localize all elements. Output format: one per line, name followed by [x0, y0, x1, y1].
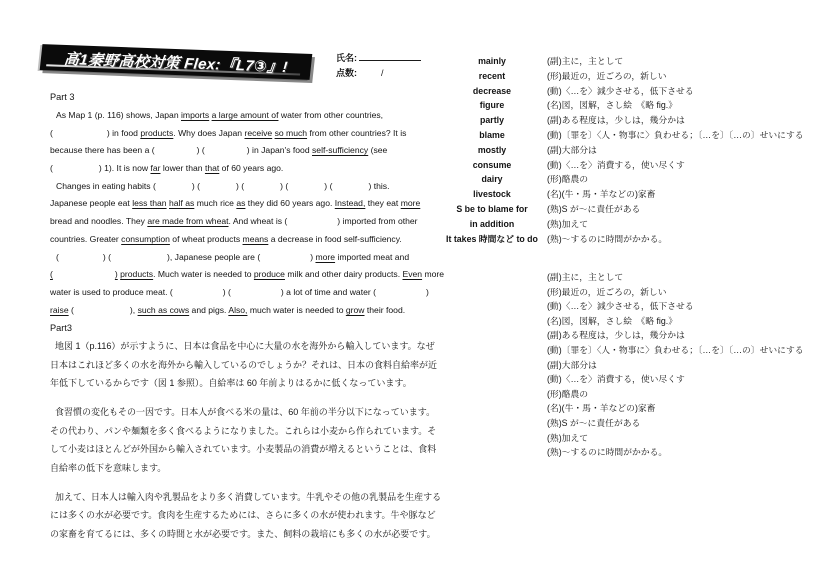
- passage-line: () products. Much water is needed to pro…: [50, 269, 442, 287]
- definition-line: (副)ある程度は，少しは，幾分かは: [547, 328, 804, 343]
- fill-blank: (): [284, 216, 340, 226]
- vocab-definition: (副)ある程度は，少しは，幾分かは: [547, 113, 685, 126]
- student-id-fields: 氏名: 点数:/: [336, 51, 421, 81]
- vocab-row: consume(動)〈…を〉消費する，使い尽くす: [440, 158, 820, 173]
- vocab-definition: (名)(牛・馬・羊などの)家畜: [547, 187, 655, 200]
- fill-blank: (): [50, 128, 110, 138]
- vocab-word: in addition: [440, 219, 544, 229]
- japanese-line: 地図 1（p.116）が示すように、日本は食品を中心に大量の水を海外から輸入して…: [50, 339, 442, 357]
- fill-blank: (): [228, 287, 284, 297]
- vocab-word: dairy: [440, 174, 544, 184]
- japanese-line: には多くの水が必要です。食肉を生産するためには、さらに多くの水が使われます。牛や…: [50, 508, 442, 526]
- passage-line: water is used to produce meat. () () a l…: [50, 287, 442, 305]
- japanese-line: して小麦はほとんどが外国から輸入されています。小麦製品の消費が増えるということは…: [50, 442, 442, 460]
- vocab-row: blame(動)〔罪を〕〈人・物事に〉負わせる；〔…を〕〔…の〕せいにする: [440, 128, 820, 143]
- vocab-word: recent: [440, 71, 544, 81]
- passage-line: Changes in eating habits () () () () () …: [50, 181, 442, 199]
- passage-line: bread and noodles. They are made from wh…: [50, 216, 442, 234]
- japanese-line: 年低下しているからです（図 1 参照）。自給率は 60 年前よりはるかに低くなっ…: [50, 376, 442, 394]
- definition-line: (名)(牛・馬・羊などの)家畜: [547, 401, 804, 416]
- vocab-word: mainly: [440, 56, 544, 66]
- vocab-word: decrease: [440, 86, 544, 96]
- definition-line: (形)最近の，近ごろの，新しい: [547, 285, 804, 300]
- vocab-row: partly(副)ある程度は，少しは，幾分かは: [440, 113, 820, 128]
- vocab-row: decrease(動)〈…を〉減少させる，低下させる: [440, 84, 820, 99]
- passage-line: because there has been a () () in Japan'…: [50, 145, 442, 163]
- fill-blank: (): [170, 287, 226, 297]
- vocab-definition: (熟)～するのに時間がかかる。: [547, 232, 667, 245]
- score-row: 点数:/: [336, 66, 421, 81]
- vocab-row: figure(名)図，図解，さし絵 《略 fig.》: [440, 98, 820, 113]
- passage-line: raise (), such as cows and pigs. Also, m…: [50, 305, 442, 323]
- definition-line: (動)〈…を〉減少させる，低下させる: [547, 299, 804, 314]
- vocab-definition: (動)〈…を〉消費する，使い尽くす: [547, 158, 685, 171]
- vocab-definition: (動)〈…を〉減少させる，低下させる: [547, 84, 694, 97]
- vocab-row: dairy(形)酪農の: [440, 172, 820, 187]
- japanese-line: 日本はこれほど多くの水を海外から輸入しているのでしょうか？それは、日本の食料自給…: [50, 358, 442, 376]
- japanese-paragraph: 地図 1（p.116）が示すように、日本は食品を中心に大量の水を海外から輸入して…: [50, 339, 442, 394]
- name-label: 氏名:: [336, 53, 357, 63]
- fill-blank: (): [241, 181, 283, 191]
- fill-blank: (): [330, 181, 372, 191]
- vocab-definition: (形)最近の，近ごろの，新しい: [547, 69, 667, 82]
- fill-blank: (): [50, 163, 102, 173]
- japanese-line: 自給率の低下を意味します。: [50, 461, 442, 479]
- vocab-definition: (副)主に，主として: [547, 54, 623, 67]
- fill-blank: (): [56, 252, 106, 262]
- definition-line: (形)酪農の: [547, 387, 804, 402]
- vocab-row: It takes 時間など to do(熟)～するのに時間がかかる。: [440, 232, 820, 247]
- definition-line: (熟)S が～に責任がある: [547, 416, 804, 431]
- japanese-line: 加えて、日本人は輸入肉や乳製品をより多く消費しています。牛乳やその他の乳製品を生…: [50, 490, 442, 508]
- fill-blank: (): [197, 181, 239, 191]
- vocab-row: recent(形)最近の，近ごろの，新しい: [440, 69, 820, 84]
- fill-blank: (): [285, 181, 327, 191]
- japanese-line: の家畜を育てるには、多くの時間と水が必要です。また、飼料の栽培にも多くの水が必要…: [50, 527, 442, 545]
- score-value: /: [381, 68, 384, 78]
- vocab-definition: (形)酪農の: [547, 172, 588, 185]
- fill-blank: (): [71, 305, 133, 315]
- passage-line: () 1). It is now far lower than that of …: [50, 163, 442, 181]
- definition-line: (熟)加えて: [547, 431, 804, 446]
- passage-line: As Map 1 (p. 116) shows, Japan imports a…: [50, 110, 442, 128]
- name-underline: [359, 52, 421, 61]
- vocab-word: consume: [440, 160, 544, 170]
- part3-japanese-heading: Part3: [50, 323, 442, 339]
- fill-blank: (): [50, 269, 118, 279]
- english-passage: As Map 1 (p. 116) shows, Japan imports a…: [50, 110, 442, 322]
- vocab-word: S be to blame for: [440, 204, 544, 214]
- name-row: 氏名:: [336, 51, 421, 66]
- fill-blank: (): [202, 145, 250, 155]
- japanese-paragraph: 食習慣の変化もその一因です。日本人が食べる米の量は、60 年前の半分以下になって…: [50, 405, 442, 479]
- definition-line: (副)大部分は: [547, 358, 804, 373]
- vocab-definition: (名)図，図解，さし絵 《略 fig.》: [547, 98, 677, 111]
- vocab-word: mostly: [440, 145, 544, 155]
- passage-line: () in food products. Why does Japan rece…: [50, 128, 442, 146]
- vocab-definition: (熟)S が～に責任がある: [547, 202, 640, 215]
- vocab-row: livestock(名)(牛・馬・羊などの)家畜: [440, 187, 820, 202]
- fill-blank: (): [108, 252, 170, 262]
- definition-line: (副)主に，主として: [547, 270, 804, 285]
- left-column: Part 3 As Map 1 (p. 116) shows, Japan im…: [50, 92, 442, 556]
- passage-line: countries. Greater consumption of wheat …: [50, 234, 442, 252]
- passage-line: () (), Japanese people are () more impor…: [50, 252, 442, 270]
- japanese-line: その代わり、パンや麺類を多く食べるようになりました。これらは小麦から作られていま…: [50, 424, 442, 442]
- vocab-definition: (熟)加えて: [547, 217, 588, 230]
- passage-line: Japanese people eat less than half as mu…: [50, 198, 442, 216]
- fill-blank: (): [257, 252, 313, 262]
- definition-line: (動)〈…を〉消費する，使い尽くす: [547, 372, 804, 387]
- worksheet-page: { "header": { "title": "高1秦野高校対策 Flex:『L…: [0, 0, 832, 584]
- vocab-row: in addition(熟)加えて: [440, 217, 820, 232]
- vocab-row: S be to blame for(熟)S が～に責任がある: [440, 202, 820, 217]
- title-banner: 高1秦野高校対策 Flex:『L7③』!: [40, 44, 313, 80]
- japanese-line: 食習慣の変化もその一因です。日本人が食べる米の量は、60 年前の半分以下になって…: [50, 405, 442, 423]
- vocabulary-list: mainly(副)主に，主としてrecent(形)最近の，近ごろの，新しいdec…: [440, 54, 820, 246]
- vocab-definition: (動)〔罪を〕〈人・物事に〉負わせる；〔…を〕〔…の〕せいにする: [547, 128, 804, 141]
- fill-blank: (): [152, 145, 200, 155]
- vocab-word: figure: [440, 100, 544, 110]
- vocab-word: It takes 時間など to do: [440, 232, 544, 245]
- vocab-row: mostly(副)大部分は: [440, 143, 820, 158]
- vocab-definition: (副)大部分は: [547, 143, 597, 156]
- japanese-passage: 地図 1（p.116）が示すように、日本は食品を中心に大量の水を海外から輸入して…: [50, 339, 442, 545]
- definition-line: (名)図，図解，さし絵 《略 fig.》: [547, 314, 804, 329]
- definition-line: (熟)～するのに時間がかかる。: [547, 445, 804, 460]
- vocab-row: mainly(副)主に，主として: [440, 54, 820, 69]
- definition-line: (動)〔罪を〕〈人・物事に〉負わせる；〔…を〕〔…の〕せいにする: [547, 343, 804, 358]
- vocab-word: blame: [440, 130, 544, 140]
- vocab-word: partly: [440, 115, 544, 125]
- fill-blank: (): [373, 287, 429, 297]
- fill-blank: (): [153, 181, 195, 191]
- japanese-paragraph: 加えて、日本人は輸入肉や乳製品をより多く消費しています。牛乳やその他の乳製品を生…: [50, 490, 442, 545]
- part3-english-heading: Part 3: [50, 92, 442, 110]
- definitions-only-list: (副)主に，主として(形)最近の，近ごろの，新しい(動)〈…を〉減少させる，低下…: [547, 270, 804, 460]
- score-label: 点数:: [336, 68, 357, 78]
- vocab-word: livestock: [440, 189, 544, 199]
